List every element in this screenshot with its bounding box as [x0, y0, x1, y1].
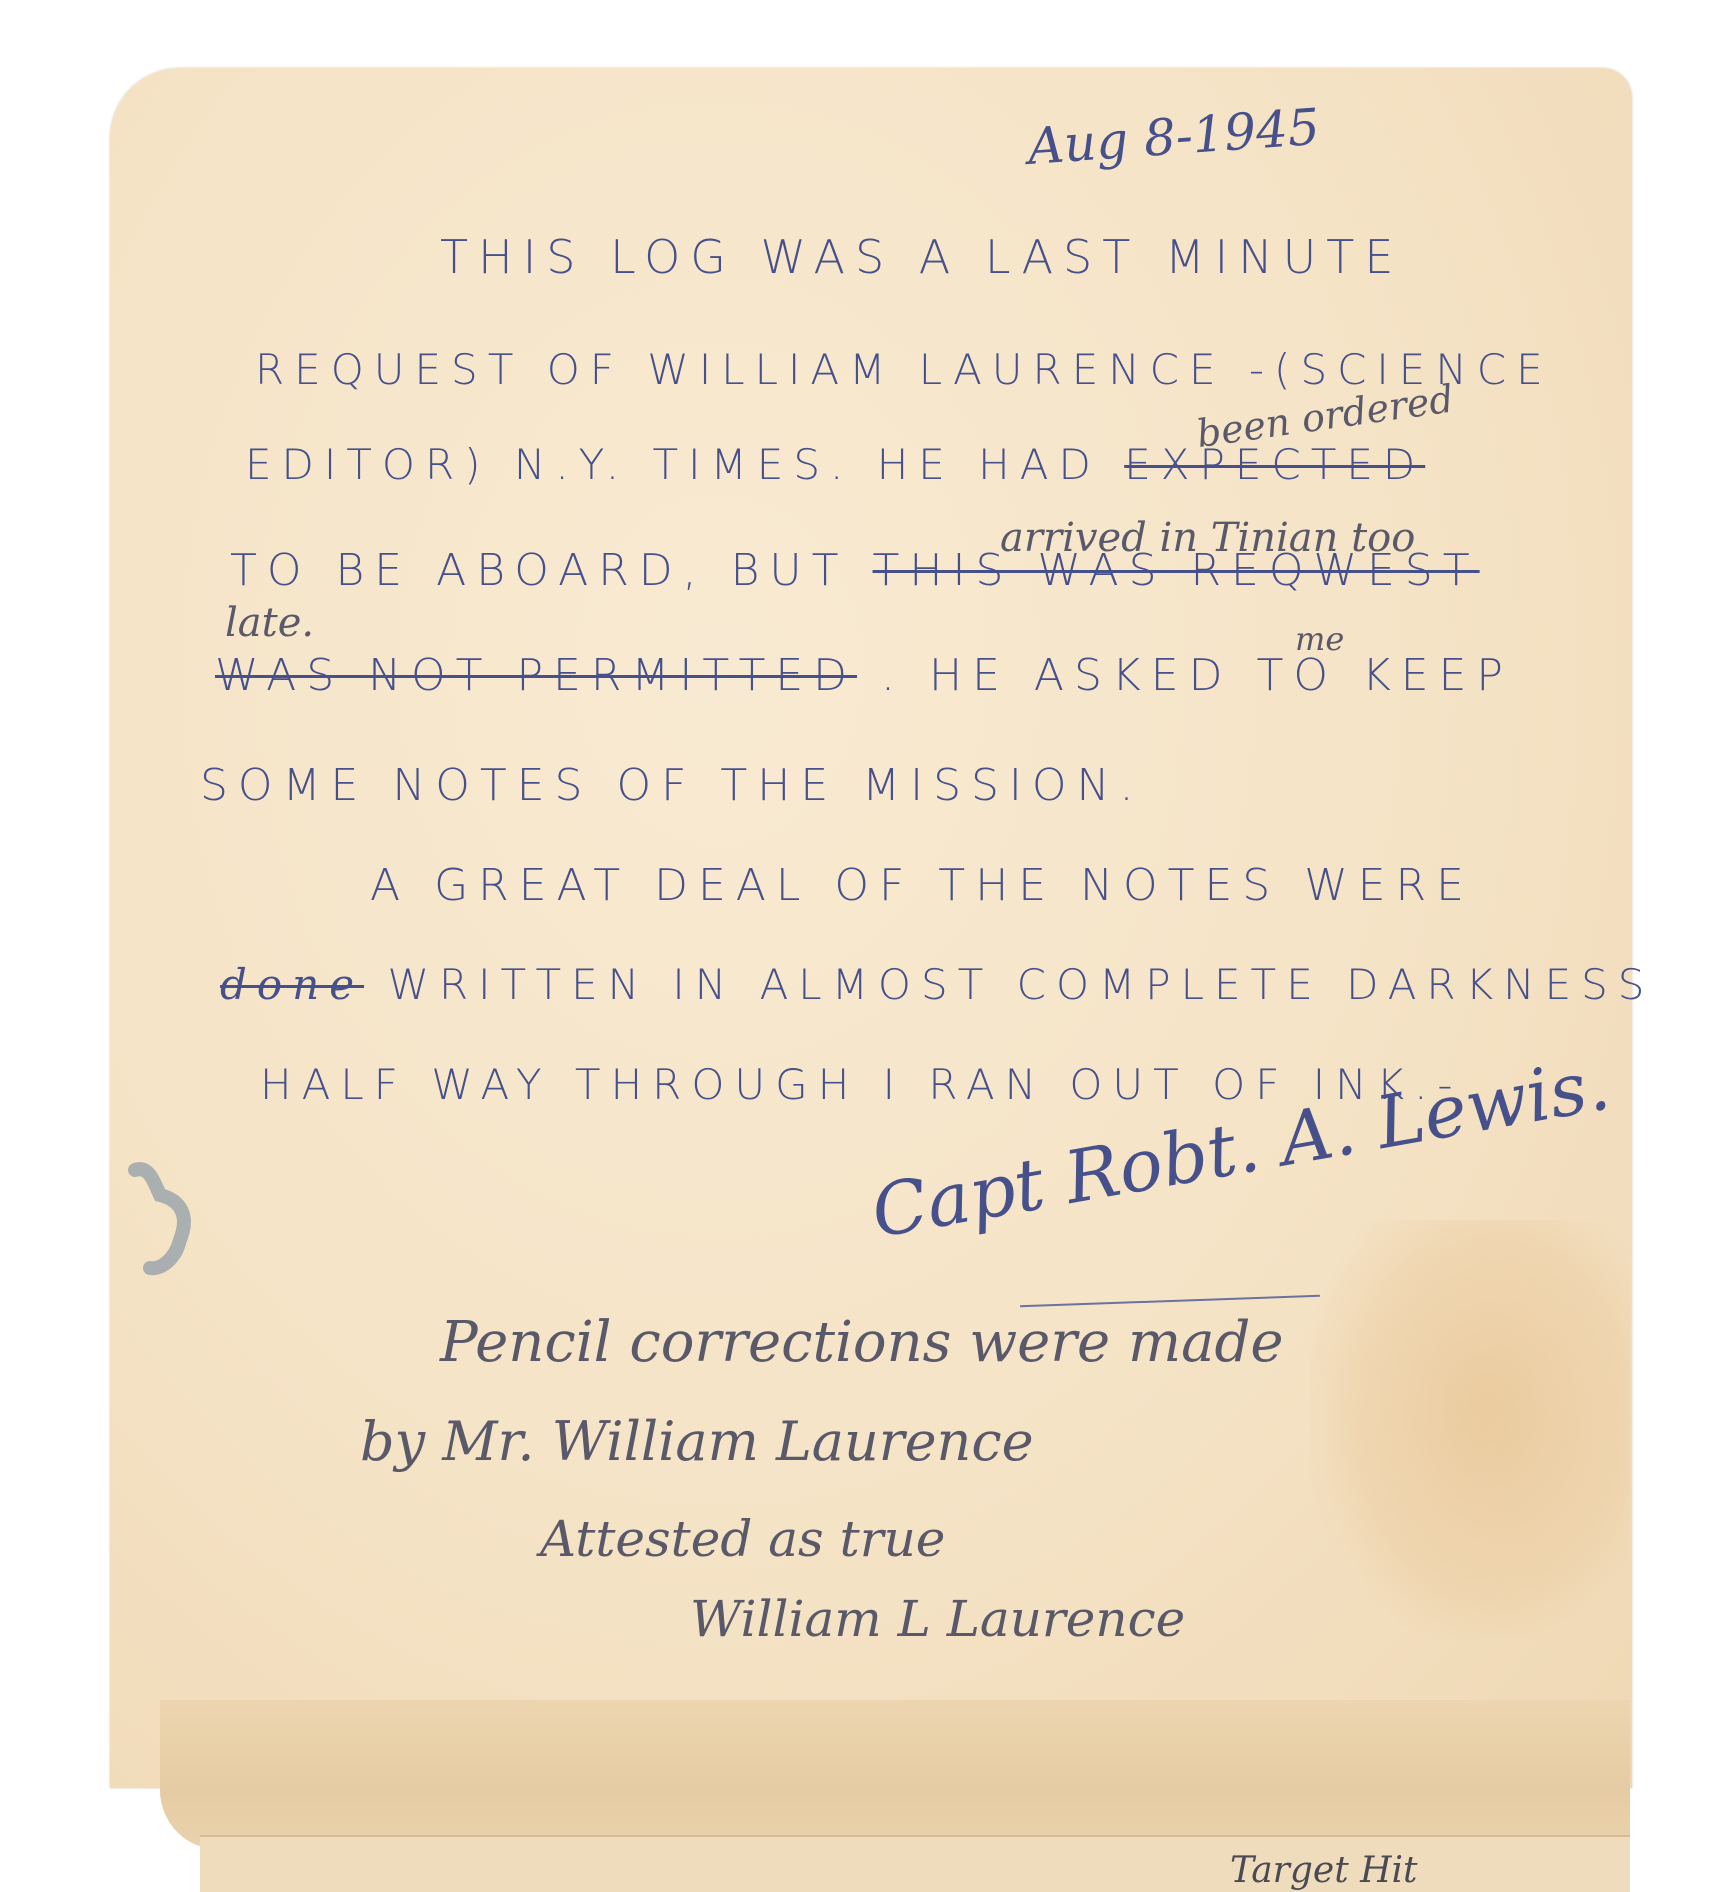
pencil-note-line-1: Pencil corrections were made [440, 1310, 1283, 1375]
struck-phrase-was-not-permitted: WAS NOT PERMITTED [215, 650, 857, 701]
correction-arrived-in-tinian: arrived in Tinian too [1000, 515, 1415, 561]
next-page-text: Target Hit [1230, 1850, 1418, 1891]
ink-smudge-mark [120, 1160, 195, 1280]
text-line-7: A GREAT DEAL OF THE NOTES WERE [370, 860, 1474, 911]
text-line-8: done WRITTEN IN ALMOST COMPLETE DARKNESS [220, 960, 1654, 1009]
text-line-6: SOME NOTES OF THE MISSION. [200, 760, 1143, 811]
laurence-signature: William L Laurence [690, 1590, 1185, 1648]
text-line-5-main: . HE ASKED TO KEEP [881, 650, 1513, 701]
struck-word-done: done [220, 960, 364, 1009]
text-line-1: THIS LOG WAS A LAST MINUTE [440, 230, 1403, 284]
correction-me: me [1295, 620, 1344, 658]
pencil-note-line-3: Attested as true [540, 1510, 945, 1568]
text-line-8-main: WRITTEN IN ALMOST COMPLETE DARKNESS [387, 960, 1654, 1009]
correction-late: late. [225, 600, 314, 646]
text-line-2: REQUEST OF WILLIAM LAURENCE -(SCIENCE [255, 345, 1553, 394]
text-line-4-main: TO BE ABOARD, BUT [230, 545, 849, 596]
text-line-3-main: EDITOR) N.Y. TIMES. HE HAD [245, 440, 1101, 489]
pencil-note-line-2: by Mr. William Laurence [360, 1410, 1034, 1473]
struck-word-expected: EXPECTED [1124, 440, 1425, 489]
water-stain [1310, 1220, 1630, 1640]
page-fold [160, 1700, 1630, 1850]
